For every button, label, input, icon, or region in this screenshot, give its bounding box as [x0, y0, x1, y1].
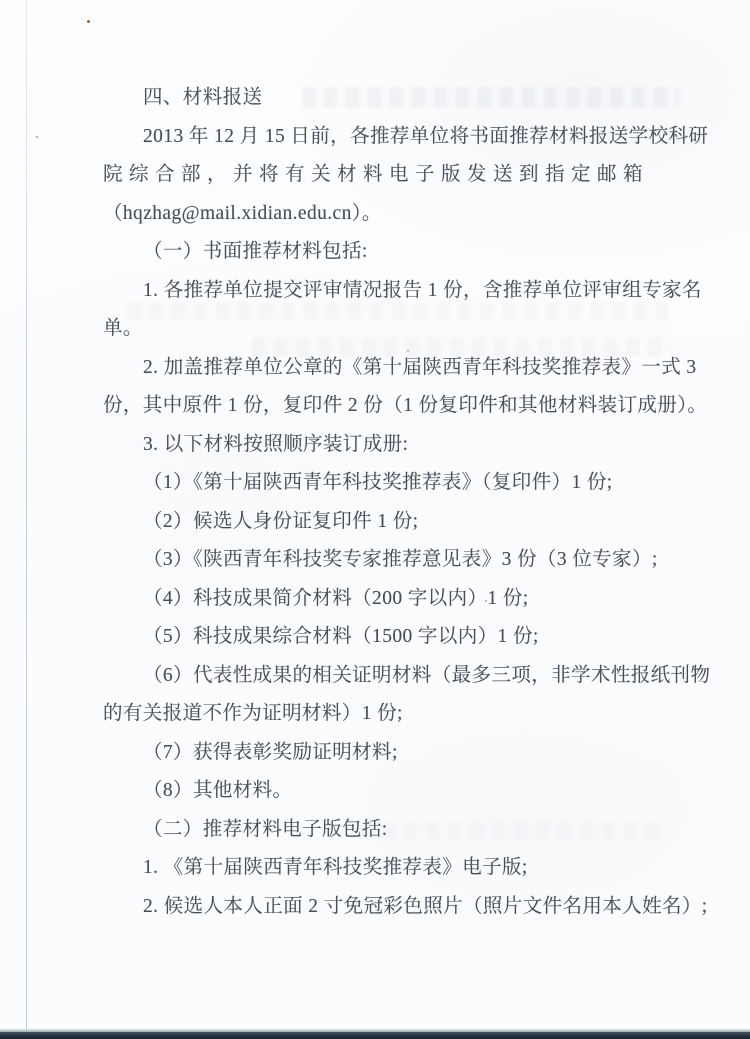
- text-line: （5）科技成果综合材料（1500 字以内）1 份;: [103, 618, 669, 657]
- text-line: （3）《陕西青年科技奖专家推荐意见表》3 份（3 位专家）;: [103, 541, 669, 580]
- text-line: （4）科技成果简介材料（200 字以内）1 份;: [103, 580, 669, 619]
- scanner-strip-shadow: [0, 1032, 750, 1039]
- dust-speck: [36, 136, 38, 138]
- text-line: （7）获得表彰奖励证明材料;: [103, 734, 669, 773]
- text-line: 1. 《第十届陕西青年科技奖推荐表》电子版;: [103, 849, 669, 888]
- text-line: （二）推荐材料电子版包括:: [103, 811, 669, 850]
- text-line: （一）书面推荐材料包括:: [103, 233, 669, 272]
- scanner-bed-strip: [0, 1029, 750, 1039]
- text-line: 院综合部，并将有关材料电子版发送到指定邮箱: [103, 156, 669, 195]
- page-edge-line: [26, 0, 27, 1029]
- text-line: 3. 以下材料按照顺序装订成册:: [103, 426, 669, 465]
- text-line: 的有关报道不作为证明材料）1 份;: [103, 695, 669, 734]
- text-line: 份，其中原件 1 份，复印件 2 份（1 份复印件和其他材料装订成册）。: [103, 387, 669, 426]
- text-line: 2. 候选人本人正面 2 寸免冠彩色照片（照片文件名用本人姓名）;: [103, 888, 669, 927]
- text-line: 单。: [103, 310, 669, 349]
- text-line: 1. 各推荐单位提交评审情况报告 1 份，含推荐单位评审组专家名: [103, 272, 669, 311]
- text-line: 2. 加盖推荐单位公章的《第十届陕西青年科技奖推荐表》一式 3: [103, 349, 669, 388]
- text-line: （8）其他材料。: [103, 772, 669, 811]
- text-line: （hqzhag@mail.xidian.edu.cn）。: [103, 195, 669, 234]
- scanned-document-page: 四、材料报送2013 年 12 月 15 日前，各推荐单位将书面推荐材料报送学校…: [0, 0, 750, 1039]
- text-line: （2）候选人身份证复印件 1 份;: [103, 503, 669, 542]
- text-line: （6）代表性成果的相关证明材料（最多三项，非学术性报纸刊物: [103, 657, 669, 696]
- text-line: （1）《第十届陕西青年科技奖推荐表》（复印件）1 份;: [103, 464, 669, 503]
- dust-speck: [87, 20, 90, 23]
- document-text: 四、材料报送2013 年 12 月 15 日前，各推荐单位将书面推荐材料报送学校…: [103, 79, 669, 926]
- text-line: 2013 年 12 月 15 日前，各推荐单位将书面推荐材料报送学校科研: [103, 118, 669, 157]
- text-line: 四、材料报送: [103, 79, 669, 118]
